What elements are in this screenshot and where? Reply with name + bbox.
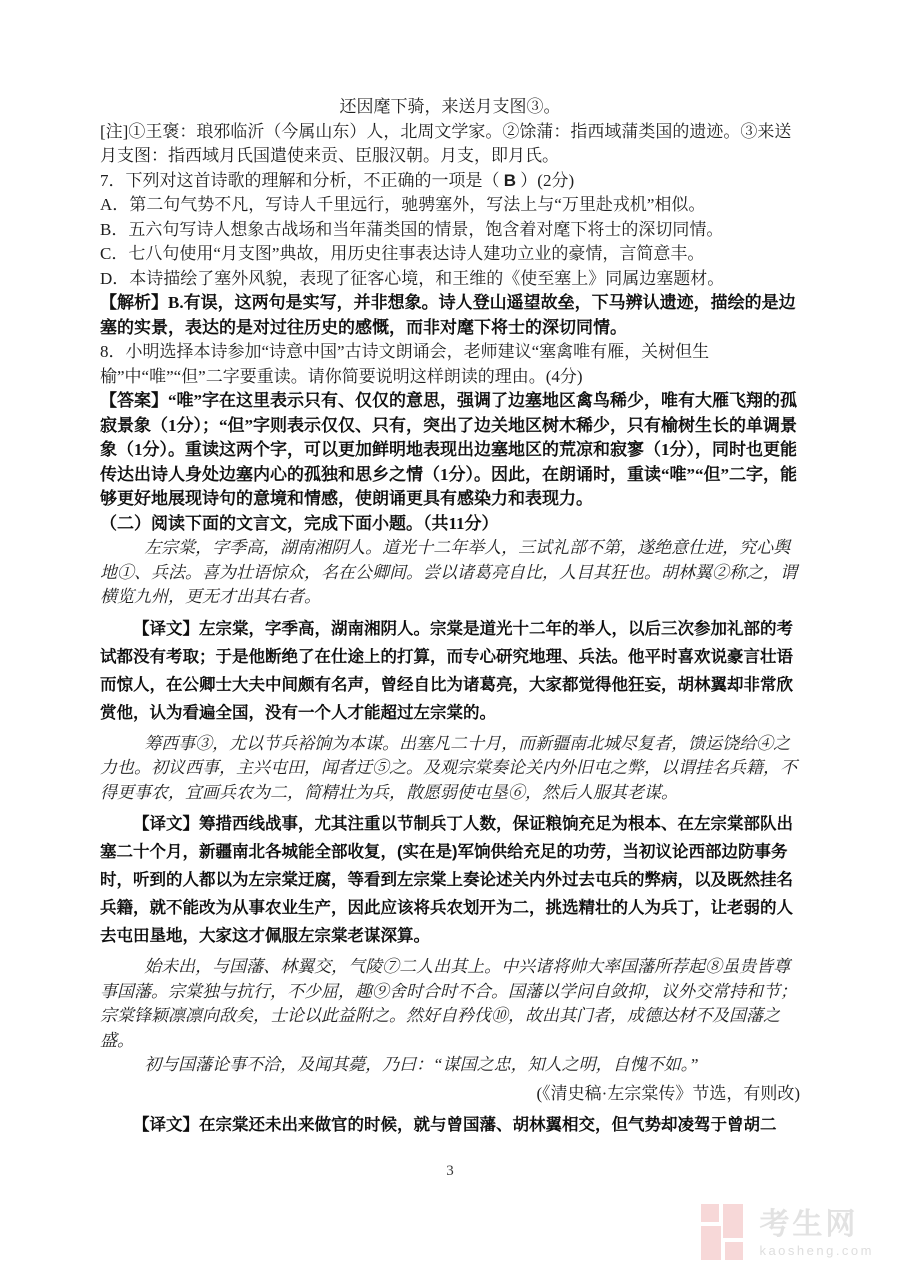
- watermark-domain-text: kaosheng.com: [759, 1244, 874, 1258]
- poem-line: 还因麾下骑，来送月支图③。: [100, 95, 800, 120]
- translation-1: 【译文】左宗棠，字季高，湖南湘阴人。宗棠是道光十二年的举人，以后三次参加礼部的考…: [100, 615, 800, 727]
- q7-answer-letter: B: [504, 171, 516, 190]
- question-7-stem: 7．下列对这首诗歌的理解和分析，不正确的一项是（ B ）(2分): [100, 169, 800, 194]
- q7-option-b: B．五六句写诗人想象古战场和当年蒲类国的情景，饱含着对麾下将士的深切同情。: [100, 218, 800, 243]
- classical-passage-4: 初与国藩论事不洽，及闻其薨，乃曰：“谋国之忠，知人之明，自愧不如。”: [100, 1053, 800, 1078]
- q7-stem-text: 7．下列对这首诗歌的理解和分析，不正确的一项是（: [100, 171, 504, 190]
- watermark: 考生网 kaosheng.com: [701, 1204, 874, 1262]
- section-2-heading: （二）阅读下面的文言文，完成下面小题。（共11分）: [100, 512, 800, 537]
- page-content: 还因麾下骑，来送月支图③。 [注]①王褒：琅邪临沂（今属山东）人，北周文学家。②…: [100, 95, 800, 1144]
- q7-option-d: D．本诗描绘了塞外风貌，表现了征客心境，和王维的《使至塞上》同属边塞题材。: [100, 267, 800, 292]
- document-page: 还因麾下骑，来送月支图③。 [注]①王褒：琅邪临沂（今属山东）人，北周文学家。②…: [0, 0, 900, 1272]
- q7-analysis: 【解析】B.有误，这两句是实写，并非想象。诗人登山遥望故垒，下马辨认遗迹，描绘的…: [100, 291, 800, 340]
- q7-option-c: C．七八句使用“月支图”典故，用历史往事表达诗人建功立业的豪情，言简意丰。: [100, 242, 800, 267]
- q8-answer: 【答案】“唯”字在这里表示只有、仅仅的意思，强调了边塞地区禽鸟稀少，唯有大雁飞翔…: [100, 389, 800, 512]
- classical-passage-3: 始未出，与国藩、林翼交，气陵⑦二人出其上。中兴诸将帅大率国藩所荐起⑧虽贵皆尊事国…: [100, 955, 800, 1053]
- translation-2: 【译文】筹措西线战事，尤其注重以节制兵丁人数，保证粮饷充足为根本、在左宗棠部队出…: [100, 810, 800, 950]
- watermark-brand-text: 考生网: [759, 1208, 874, 1241]
- classical-passage-1: 左宗棠，字季高，湖南湘阴人。道光十二年举人，三试礼部不第，遂绝意仕进，究心舆地①…: [100, 536, 800, 610]
- q7-option-a: A．第二句气势不凡，写诗人千里远行，驰骋塞外，写法上与“万里赴戎机”相似。: [100, 193, 800, 218]
- source-citation: (《清史稿·左宗棠传》节选，有则改): [100, 1082, 800, 1107]
- translation-3: 【译文】在宗棠还未出来做官的时候，就与曾国藩、胡林翼相交，但气势却凌驾于曾胡二: [100, 1111, 800, 1139]
- kaosheng-logo-icon: [701, 1204, 747, 1262]
- page-number: 3: [0, 1163, 900, 1180]
- q7-stem-suffix: ）(2分): [516, 171, 574, 190]
- watermark-text: 考生网 kaosheng.com: [759, 1208, 874, 1258]
- classical-passage-2: 筹西事③，尤以节兵裕饷为本谋。出塞凡二十月，而新疆南北城尽复者，馈运饶给④之力也…: [100, 732, 800, 806]
- poem-note: [注]①王褒：琅邪临沂（今属山东）人，北周文学家。②馀蒲：指西域蒲类国的遗迹。③…: [100, 120, 800, 169]
- question-8-stem: 8．小明选择本诗参加“诗意中国”古诗文朗诵会，老师建议“塞禽唯有雁，关树但生榆”…: [100, 340, 800, 389]
